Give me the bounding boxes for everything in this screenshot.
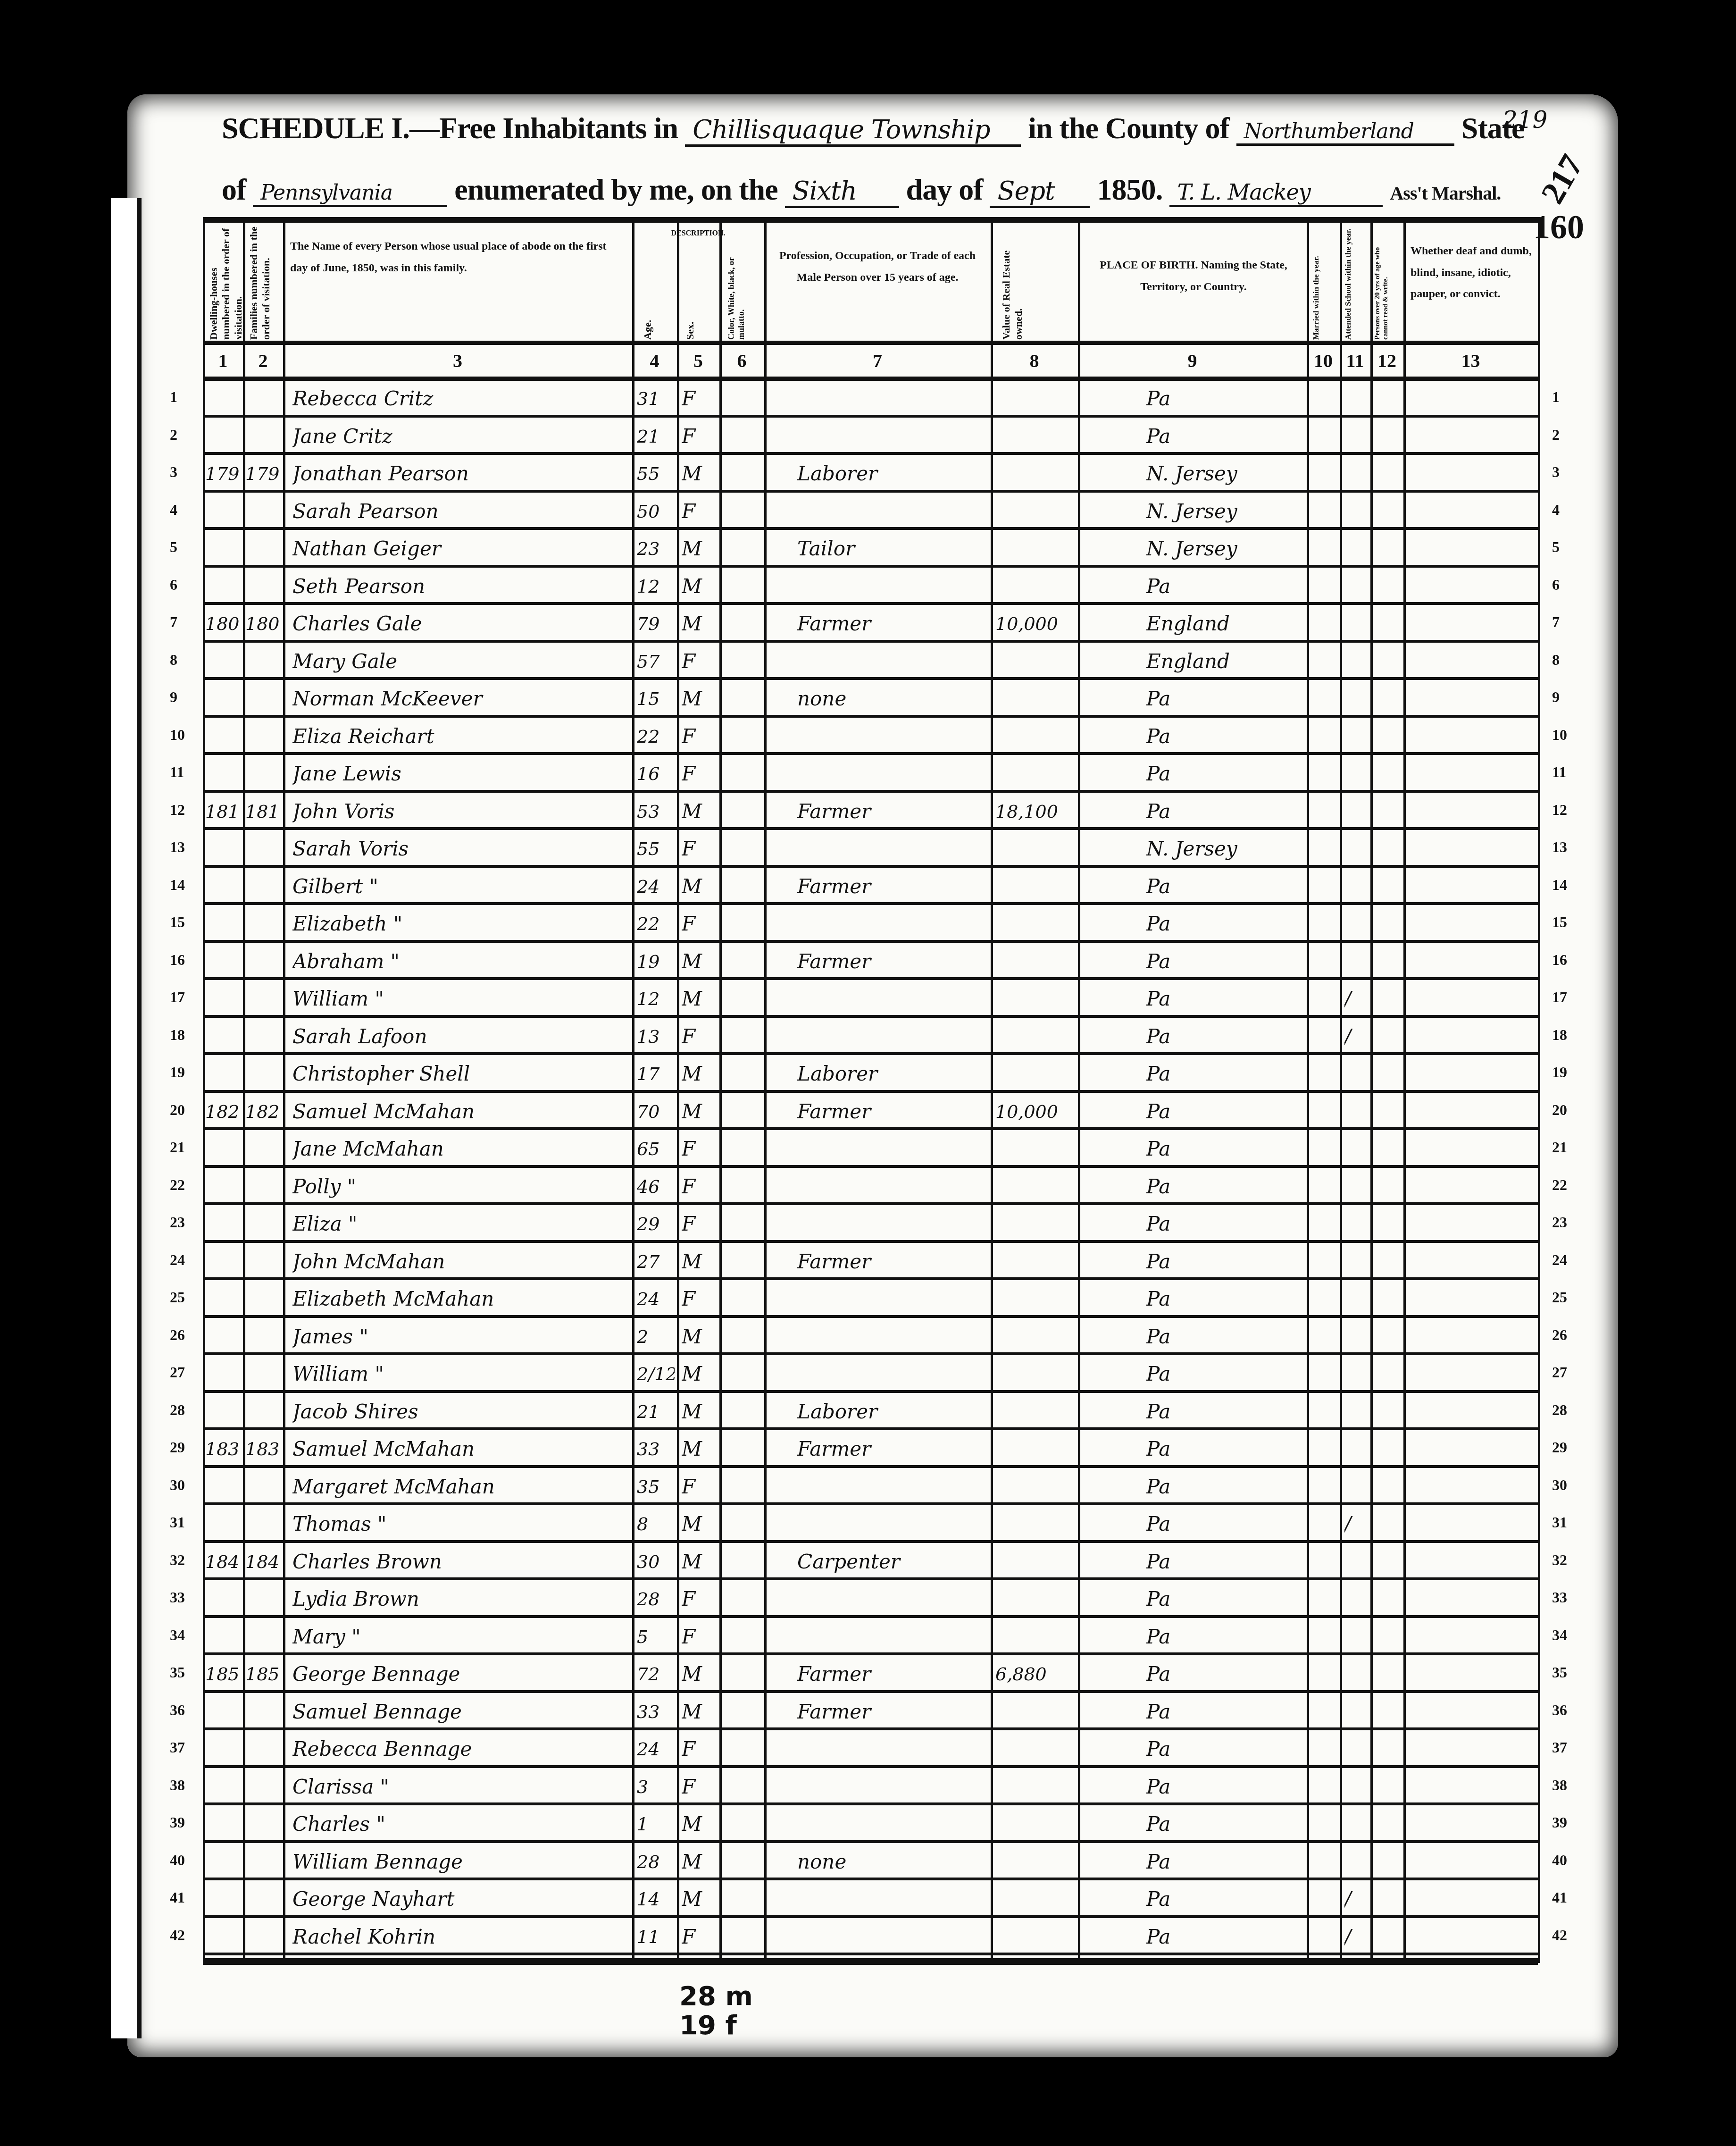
sex: F	[682, 1924, 717, 1950]
line-number-right: 29	[1552, 1439, 1567, 1456]
sex: M	[682, 986, 717, 1012]
occupation: none	[797, 1849, 986, 1875]
header-col-11: Attended School within the year.	[1344, 226, 1368, 340]
occupation	[797, 573, 986, 600]
age: 15	[637, 686, 675, 712]
column-number: 8	[991, 344, 1078, 377]
table-row: 3030Margaret McMahan35FPa	[203, 1468, 1538, 1506]
birthplace: Pa	[1146, 1699, 1302, 1725]
family-number	[245, 686, 281, 712]
age: 24	[637, 1286, 675, 1312]
dwelling-number	[205, 686, 241, 712]
person-name: Christopher Shell	[292, 1061, 627, 1087]
line-number-left: 6	[170, 576, 177, 594]
attended-school-mark	[1344, 761, 1368, 787]
dwelling-number	[205, 498, 241, 525]
family-number	[245, 1211, 281, 1237]
table-row: 66Seth Pearson12MPa	[203, 568, 1538, 605]
attended-school-mark	[1344, 948, 1368, 975]
table-row: 2828Jacob Shires21MLaborerPa	[203, 1393, 1538, 1431]
person-name: James "	[292, 1324, 627, 1350]
line-number-right: 6	[1552, 576, 1560, 594]
birthplace: Pa	[1146, 1399, 1302, 1425]
attended-school-mark	[1344, 1324, 1368, 1350]
dwelling-number	[205, 1849, 241, 1875]
real-estate-value	[995, 573, 1076, 600]
sex: F	[682, 423, 717, 450]
dwelling-number	[205, 1286, 241, 1312]
sex: M	[682, 1811, 717, 1837]
line-number-right: 7	[1552, 613, 1560, 631]
person-name: Mary "	[292, 1624, 627, 1650]
attended-school-mark	[1344, 686, 1368, 712]
age: 46	[637, 1174, 675, 1200]
dwelling-number	[205, 1249, 241, 1275]
sex: M	[682, 611, 717, 637]
family-number	[245, 498, 281, 525]
person-name: Rachel Kohrin	[292, 1924, 627, 1950]
attended-school-mark	[1344, 498, 1368, 525]
real-estate-value	[995, 1436, 1076, 1462]
title-line-2: of Pennsylvania enumerated by me, on the…	[222, 172, 1501, 208]
attended-school-mark	[1344, 1249, 1368, 1275]
line-number-right: 15	[1552, 914, 1567, 931]
dwelling-number	[205, 1136, 241, 1162]
age: 12	[637, 573, 675, 600]
line-number-left: 28	[170, 1401, 185, 1419]
dwelling-number	[205, 911, 241, 937]
table-row: 4040William Bennage28MnonePa	[203, 1843, 1538, 1881]
birthplace: N. Jersey	[1146, 498, 1302, 525]
real-estate-value	[995, 648, 1076, 675]
line-number-left: 11	[170, 763, 184, 781]
family-number: 183	[245, 1436, 281, 1462]
person-name: William "	[292, 986, 627, 1012]
birthplace: Pa	[1146, 1549, 1302, 1575]
line-number-right: 42	[1552, 1927, 1567, 1944]
attended-school-mark	[1344, 873, 1368, 900]
person-name: William "	[292, 1361, 627, 1387]
line-number-right: 41	[1552, 1889, 1567, 1906]
line-number-right: 28	[1552, 1401, 1567, 1419]
birthplace: Pa	[1146, 1774, 1302, 1800]
line-number-right: 18	[1552, 1026, 1567, 1044]
occupation	[797, 1136, 986, 1162]
column-number: 2	[243, 344, 283, 377]
occupation	[797, 1174, 986, 1200]
birthplace: Pa	[1146, 1624, 1302, 1650]
attended-school-mark	[1344, 1399, 1368, 1425]
line-number-left: 17	[170, 989, 185, 1006]
dwelling-number	[205, 1023, 241, 1050]
occupation	[797, 723, 986, 750]
sex: M	[682, 1098, 717, 1125]
sex: M	[682, 1361, 717, 1387]
person-name: Elizabeth McMahan	[292, 1286, 627, 1312]
attended-school-mark	[1344, 1586, 1368, 1612]
person-name: Charles Gale	[292, 611, 627, 637]
age: 22	[637, 723, 675, 750]
real-estate-value	[995, 1736, 1076, 1762]
attended-school-mark	[1344, 1849, 1368, 1875]
day-of-label: day of	[906, 173, 983, 206]
age: 27	[637, 1249, 675, 1275]
person-name: Jacob Shires	[292, 1399, 627, 1425]
person-name: Mary Gale	[292, 648, 627, 675]
age: 24	[637, 873, 675, 900]
sex: F	[682, 1736, 717, 1762]
line-number-left: 26	[170, 1326, 185, 1344]
age: 13	[637, 1023, 675, 1050]
occupation	[797, 1586, 986, 1612]
family-number	[245, 536, 281, 562]
table-row: 2222Polly "46FPa	[203, 1168, 1538, 1206]
table-row: 22Jane Critz21FPa	[203, 418, 1538, 455]
line-number-left: 31	[170, 1514, 185, 1531]
attended-school-mark: /	[1344, 1023, 1368, 1050]
table-row: 11Rebecca Critz31FPa	[203, 380, 1538, 418]
person-name: Abraham "	[292, 948, 627, 975]
age: 65	[637, 1136, 675, 1162]
person-name: William Bennage	[292, 1849, 627, 1875]
header-col-1: Dwelling-houses numbered in the order of…	[208, 226, 241, 340]
attended-school-mark	[1344, 1361, 1368, 1387]
birthplace: Pa	[1146, 1136, 1302, 1162]
sex: M	[682, 1886, 717, 1912]
dwelling-number	[205, 1624, 241, 1650]
birthplace: Pa	[1146, 686, 1302, 712]
attended-school-mark: /	[1344, 1886, 1368, 1912]
line-number-right: 17	[1552, 989, 1567, 1006]
real-estate-value	[995, 1811, 1076, 1837]
person-name: George Nayhart	[292, 1886, 627, 1912]
family-number: 180	[245, 611, 281, 637]
line-number-left: 23	[170, 1214, 185, 1231]
birthplace: Pa	[1146, 1023, 1302, 1050]
dwelling-number	[205, 1474, 241, 1500]
person-name: Rebecca Critz	[292, 386, 627, 412]
birthplace: Pa	[1146, 986, 1302, 1012]
line-number-left: 24	[170, 1251, 185, 1269]
state-field: Pennsylvania	[253, 181, 447, 207]
age: 1	[637, 1811, 675, 1837]
real-estate-value	[995, 498, 1076, 525]
real-estate-value	[995, 1886, 1076, 1912]
line-number-right: 20	[1552, 1101, 1567, 1119]
family-number	[245, 1061, 281, 1087]
occupation: Carpenter	[797, 1549, 986, 1575]
table-row: 3131Thomas "8MPa/	[203, 1505, 1538, 1543]
family-number: 184	[245, 1549, 281, 1575]
age: 79	[637, 611, 675, 637]
sex: F	[682, 386, 717, 412]
family-number	[245, 1586, 281, 1612]
real-estate-value	[995, 1324, 1076, 1350]
age: 2	[637, 1324, 675, 1350]
enumerated-label: enumerated by me, on the	[454, 173, 777, 206]
table-row: 1616Abraham "19MFarmerPa	[203, 943, 1538, 981]
dwelling-number	[205, 723, 241, 750]
table-row: 1717William "12MPa/	[203, 980, 1538, 1018]
table-row: 3939Charles "1MPa	[203, 1805, 1538, 1843]
sex: F	[682, 1023, 717, 1050]
table-row: 3636Samuel Bennage33MFarmerPa	[203, 1693, 1538, 1731]
line-number-left: 42	[170, 1927, 185, 1944]
birthplace: Pa	[1146, 873, 1302, 900]
real-estate-value	[995, 1286, 1076, 1312]
table-row: 44Sarah Pearson50FN. Jersey	[203, 493, 1538, 530]
line-number-left: 1	[170, 388, 177, 406]
family-number	[245, 1399, 281, 1425]
real-estate-value	[995, 536, 1076, 562]
attended-school-mark: /	[1344, 1924, 1368, 1950]
person-name: Margaret McMahan	[292, 1474, 627, 1500]
table-row: 2020182182Samuel McMahan70MFarmer10,000P…	[203, 1093, 1538, 1131]
column-number: 10	[1307, 344, 1340, 377]
occupation: Farmer	[797, 1098, 986, 1125]
line-number-right: 39	[1552, 1814, 1567, 1831]
marshal-field: T. L. Mackey	[1169, 179, 1383, 207]
line-number-left: 9	[170, 688, 177, 706]
occupation	[797, 386, 986, 412]
occupation	[797, 1286, 986, 1312]
dwelling-number	[205, 761, 241, 787]
family-number	[245, 1249, 281, 1275]
real-estate-value	[995, 1624, 1076, 1650]
line-number-left: 38	[170, 1777, 185, 1794]
sex: M	[682, 1324, 717, 1350]
dwelling-number	[205, 386, 241, 412]
age: 33	[637, 1699, 675, 1725]
sex: M	[682, 873, 717, 900]
family-number	[245, 1699, 281, 1725]
line-number-right: 33	[1552, 1589, 1567, 1606]
table-row: 33179179Jonathan Pearson55MLaborerN. Jer…	[203, 455, 1538, 493]
occupation: Farmer	[797, 798, 986, 825]
dwelling-number	[205, 1211, 241, 1237]
age: 11	[637, 1924, 675, 1950]
attended-school-mark	[1344, 1211, 1368, 1237]
occupation	[797, 761, 986, 787]
occupation	[797, 836, 986, 862]
occupation	[797, 1886, 986, 1912]
attended-school-mark	[1344, 386, 1368, 412]
table-row: 3232184184Charles Brown30MCarpenterPa	[203, 1543, 1538, 1581]
age: 5	[637, 1624, 675, 1650]
age: 28	[637, 1849, 675, 1875]
line-number-left: 14	[170, 876, 185, 894]
birthplace: Pa	[1146, 1811, 1302, 1837]
person-name: Charles Brown	[292, 1549, 627, 1575]
occupation: Farmer	[797, 1661, 986, 1687]
dwelling-number	[205, 1174, 241, 1200]
person-name: Sarah Pearson	[292, 498, 627, 525]
family-number	[245, 1849, 281, 1875]
occupation	[797, 1324, 986, 1350]
page-tally: 28 m 19 f	[679, 1982, 753, 2040]
dwelling-number	[205, 1586, 241, 1612]
header-col-10: Married within the year.	[1311, 226, 1337, 340]
person-name: Eliza "	[292, 1211, 627, 1237]
table-row: 55Nathan Geiger23MTailorN. Jersey	[203, 530, 1538, 568]
line-number-left: 19	[170, 1064, 185, 1081]
birthplace: Pa	[1146, 1586, 1302, 1612]
family-number	[245, 1136, 281, 1162]
family-number	[245, 873, 281, 900]
family-number	[245, 1023, 281, 1050]
family-number	[245, 1511, 281, 1537]
line-number-left: 37	[170, 1739, 185, 1756]
dwelling-number: 185	[205, 1661, 241, 1687]
sex: F	[682, 1136, 717, 1162]
family-number	[245, 1924, 281, 1950]
sex: M	[682, 948, 717, 975]
real-estate-value	[995, 1699, 1076, 1725]
family-number	[245, 386, 281, 412]
line-number-right: 40	[1552, 1852, 1567, 1869]
birthplace: Pa	[1146, 1286, 1302, 1312]
dwelling-number	[205, 1511, 241, 1537]
line-number-left: 5	[170, 538, 177, 556]
table-row: 3434Mary "5FPa	[203, 1618, 1538, 1656]
age: 8	[637, 1511, 675, 1537]
birthplace: Pa	[1146, 1098, 1302, 1125]
person-name: Polly "	[292, 1174, 627, 1200]
family-number	[245, 423, 281, 450]
census-table: Dwelling-houses numbered in the order of…	[203, 217, 1538, 1963]
sex: F	[682, 1474, 717, 1500]
table-row: 1919Christopher Shell17MLaborerPa	[203, 1055, 1538, 1093]
attended-school-mark: /	[1344, 986, 1368, 1012]
line-number-right: 27	[1552, 1364, 1567, 1381]
sex: M	[682, 1511, 717, 1537]
person-name: Seth Pearson	[292, 573, 627, 600]
birthplace: Pa	[1146, 723, 1302, 750]
column-number: 5	[677, 344, 719, 377]
birthplace: Pa	[1146, 761, 1302, 787]
dwelling-number	[205, 1736, 241, 1762]
line-number-right: 32	[1552, 1551, 1567, 1569]
table-row: 2929183183Samuel McMahan33MFarmerPa	[203, 1430, 1538, 1468]
table-row: 4242Rachel Kohrin11FPa/	[203, 1918, 1538, 1956]
birthplace: N. Jersey	[1146, 536, 1302, 562]
birthplace: Pa	[1146, 386, 1302, 412]
dwelling-number	[205, 1324, 241, 1350]
line-number-right: 24	[1552, 1251, 1567, 1269]
of-label: of	[222, 173, 246, 206]
attended-school-mark	[1344, 1474, 1368, 1500]
occupation	[797, 1474, 986, 1500]
line-number-left: 35	[170, 1664, 185, 1681]
birthplace: N. Jersey	[1146, 836, 1302, 862]
attended-school-mark	[1344, 573, 1368, 600]
line-number-left: 25	[170, 1289, 185, 1306]
birthplace: Pa	[1146, 1361, 1302, 1387]
attended-school-mark	[1344, 836, 1368, 862]
attended-school-mark	[1344, 723, 1368, 750]
family-number: 182	[245, 1098, 281, 1125]
table-row: 4141George Nayhart14MPa/	[203, 1880, 1538, 1918]
occupation	[797, 1924, 986, 1950]
age: 24	[637, 1736, 675, 1762]
family-number: 185	[245, 1661, 281, 1687]
family-number: 181	[245, 798, 281, 825]
person-name: John Voris	[292, 798, 627, 825]
occupation	[797, 1736, 986, 1762]
dwelling-number	[205, 573, 241, 600]
real-estate-value	[995, 1849, 1076, 1875]
age: 50	[637, 498, 675, 525]
birthplace: Pa	[1146, 1886, 1302, 1912]
sex: M	[682, 1661, 717, 1687]
occupation: Tailor	[797, 536, 986, 562]
table-row: 77180180Charles Gale79MFarmer10,000Engla…	[203, 605, 1538, 643]
person-name: Rebecca Bennage	[292, 1736, 627, 1762]
occupation	[797, 1624, 986, 1650]
occupation: Laborer	[797, 461, 986, 487]
age: 31	[637, 386, 675, 412]
sex: F	[682, 1586, 717, 1612]
table-top-rule	[203, 217, 1538, 223]
occupation	[797, 1211, 986, 1237]
person-name: Jane McMahan	[292, 1136, 627, 1162]
birthplace: Pa	[1146, 1174, 1302, 1200]
line-number-right: 1	[1552, 388, 1560, 406]
header-col-3: The Name of every Person whose usual pla…	[290, 236, 625, 361]
birthplace: N. Jersey	[1146, 461, 1302, 487]
sex: F	[682, 761, 717, 787]
attended-school-mark	[1344, 911, 1368, 937]
family-number	[245, 1736, 281, 1762]
real-estate-value	[995, 836, 1076, 862]
person-name: Sarah Lafoon	[292, 1023, 627, 1050]
county-label: in the County of	[1028, 111, 1229, 145]
line-number-right: 23	[1552, 1214, 1567, 1231]
person-name: Jonathan Pearson	[292, 461, 627, 487]
attended-school-mark	[1344, 1286, 1368, 1312]
occupation: Laborer	[797, 1061, 986, 1087]
family-number	[245, 573, 281, 600]
dwelling-number	[205, 873, 241, 900]
line-number-left: 41	[170, 1889, 185, 1906]
dwelling-number: 183	[205, 1436, 241, 1462]
line-number-right: 8	[1552, 651, 1560, 669]
birthplace: Pa	[1146, 1211, 1302, 1237]
column-number: 9	[1078, 344, 1307, 377]
table-row: 2424John McMahan27MFarmerPa	[203, 1243, 1538, 1281]
age: 19	[637, 948, 675, 975]
line-number-right: 19	[1552, 1064, 1567, 1081]
attended-school-mark	[1344, 1699, 1368, 1725]
birthplace: Pa	[1146, 911, 1302, 937]
line-number-right: 35	[1552, 1664, 1567, 1681]
occupation	[797, 1811, 986, 1837]
real-estate-value	[995, 1249, 1076, 1275]
family-number	[245, 1811, 281, 1837]
person-name: Eliza Reichart	[292, 723, 627, 750]
line-number-left: 22	[170, 1176, 185, 1194]
dwelling-number	[205, 1924, 241, 1950]
dwelling-number	[205, 1811, 241, 1837]
tally-females: 19 f	[679, 2011, 753, 2040]
header-col-12: Persons over 20 yrs of age who cannot re…	[1374, 226, 1401, 340]
occupation	[797, 498, 986, 525]
attended-school-mark	[1344, 1774, 1368, 1800]
birthplace: England	[1146, 648, 1302, 675]
line-number-right: 30	[1552, 1476, 1567, 1494]
table-row: 3737Rebecca Bennage24FPa	[203, 1730, 1538, 1768]
attended-school-mark	[1344, 798, 1368, 825]
